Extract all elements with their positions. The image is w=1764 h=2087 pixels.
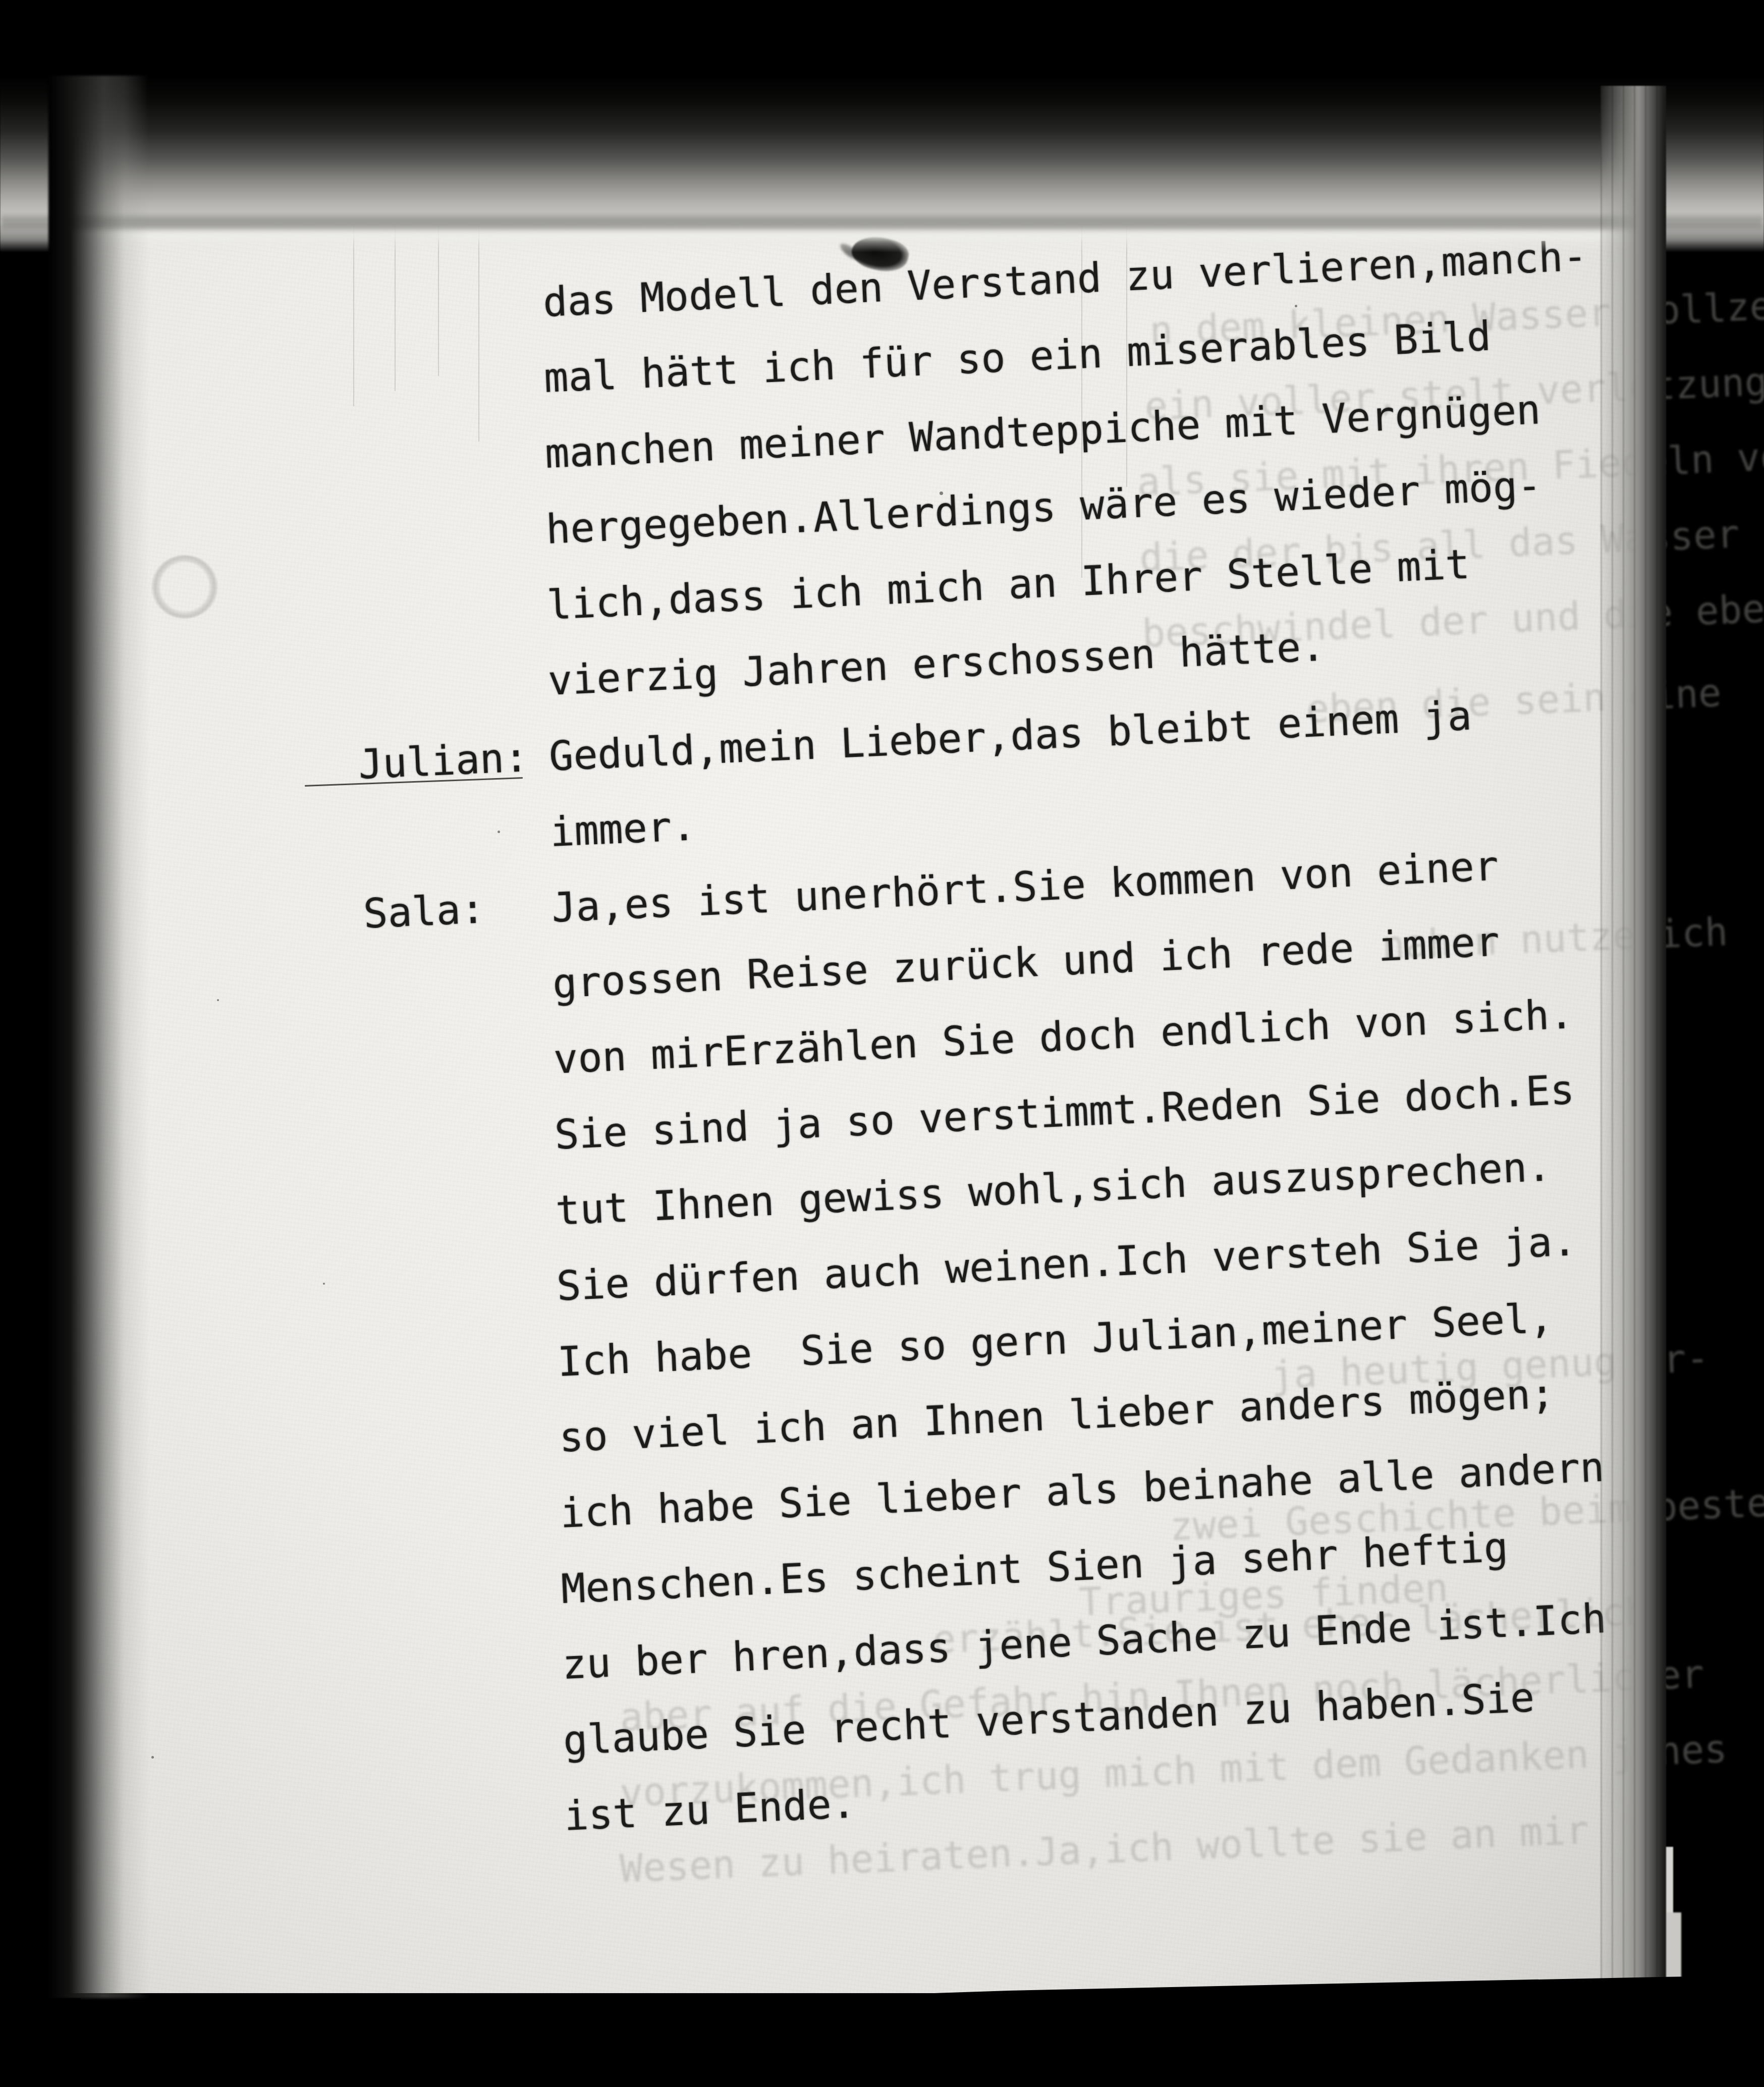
right-page-stack-edge	[1601, 86, 1666, 1993]
paper-speck	[1295, 305, 1297, 307]
left-edge-shadow	[48, 76, 149, 1998]
top-shadow-band	[0, 0, 1764, 252]
paper-speck	[940, 491, 943, 495]
paper-speck	[323, 1283, 325, 1285]
speaker-label-sala: Sala:	[362, 889, 485, 935]
paper-speck	[217, 999, 219, 1001]
scratch-line	[478, 225, 479, 442]
paper-speck	[151, 1756, 154, 1759]
ring-stain	[151, 555, 218, 619]
scratch-line	[1126, 225, 1127, 487]
paper-speck	[498, 831, 500, 833]
under-sheet-edge-line	[61, 231, 1655, 239]
scratch-line	[1081, 225, 1082, 578]
typed-line: immer.	[549, 806, 696, 853]
typed-line: ist zu Ende.	[563, 1783, 856, 1837]
paper-speck	[696, 1573, 699, 1576]
top-edge-smear	[0, 216, 1764, 229]
